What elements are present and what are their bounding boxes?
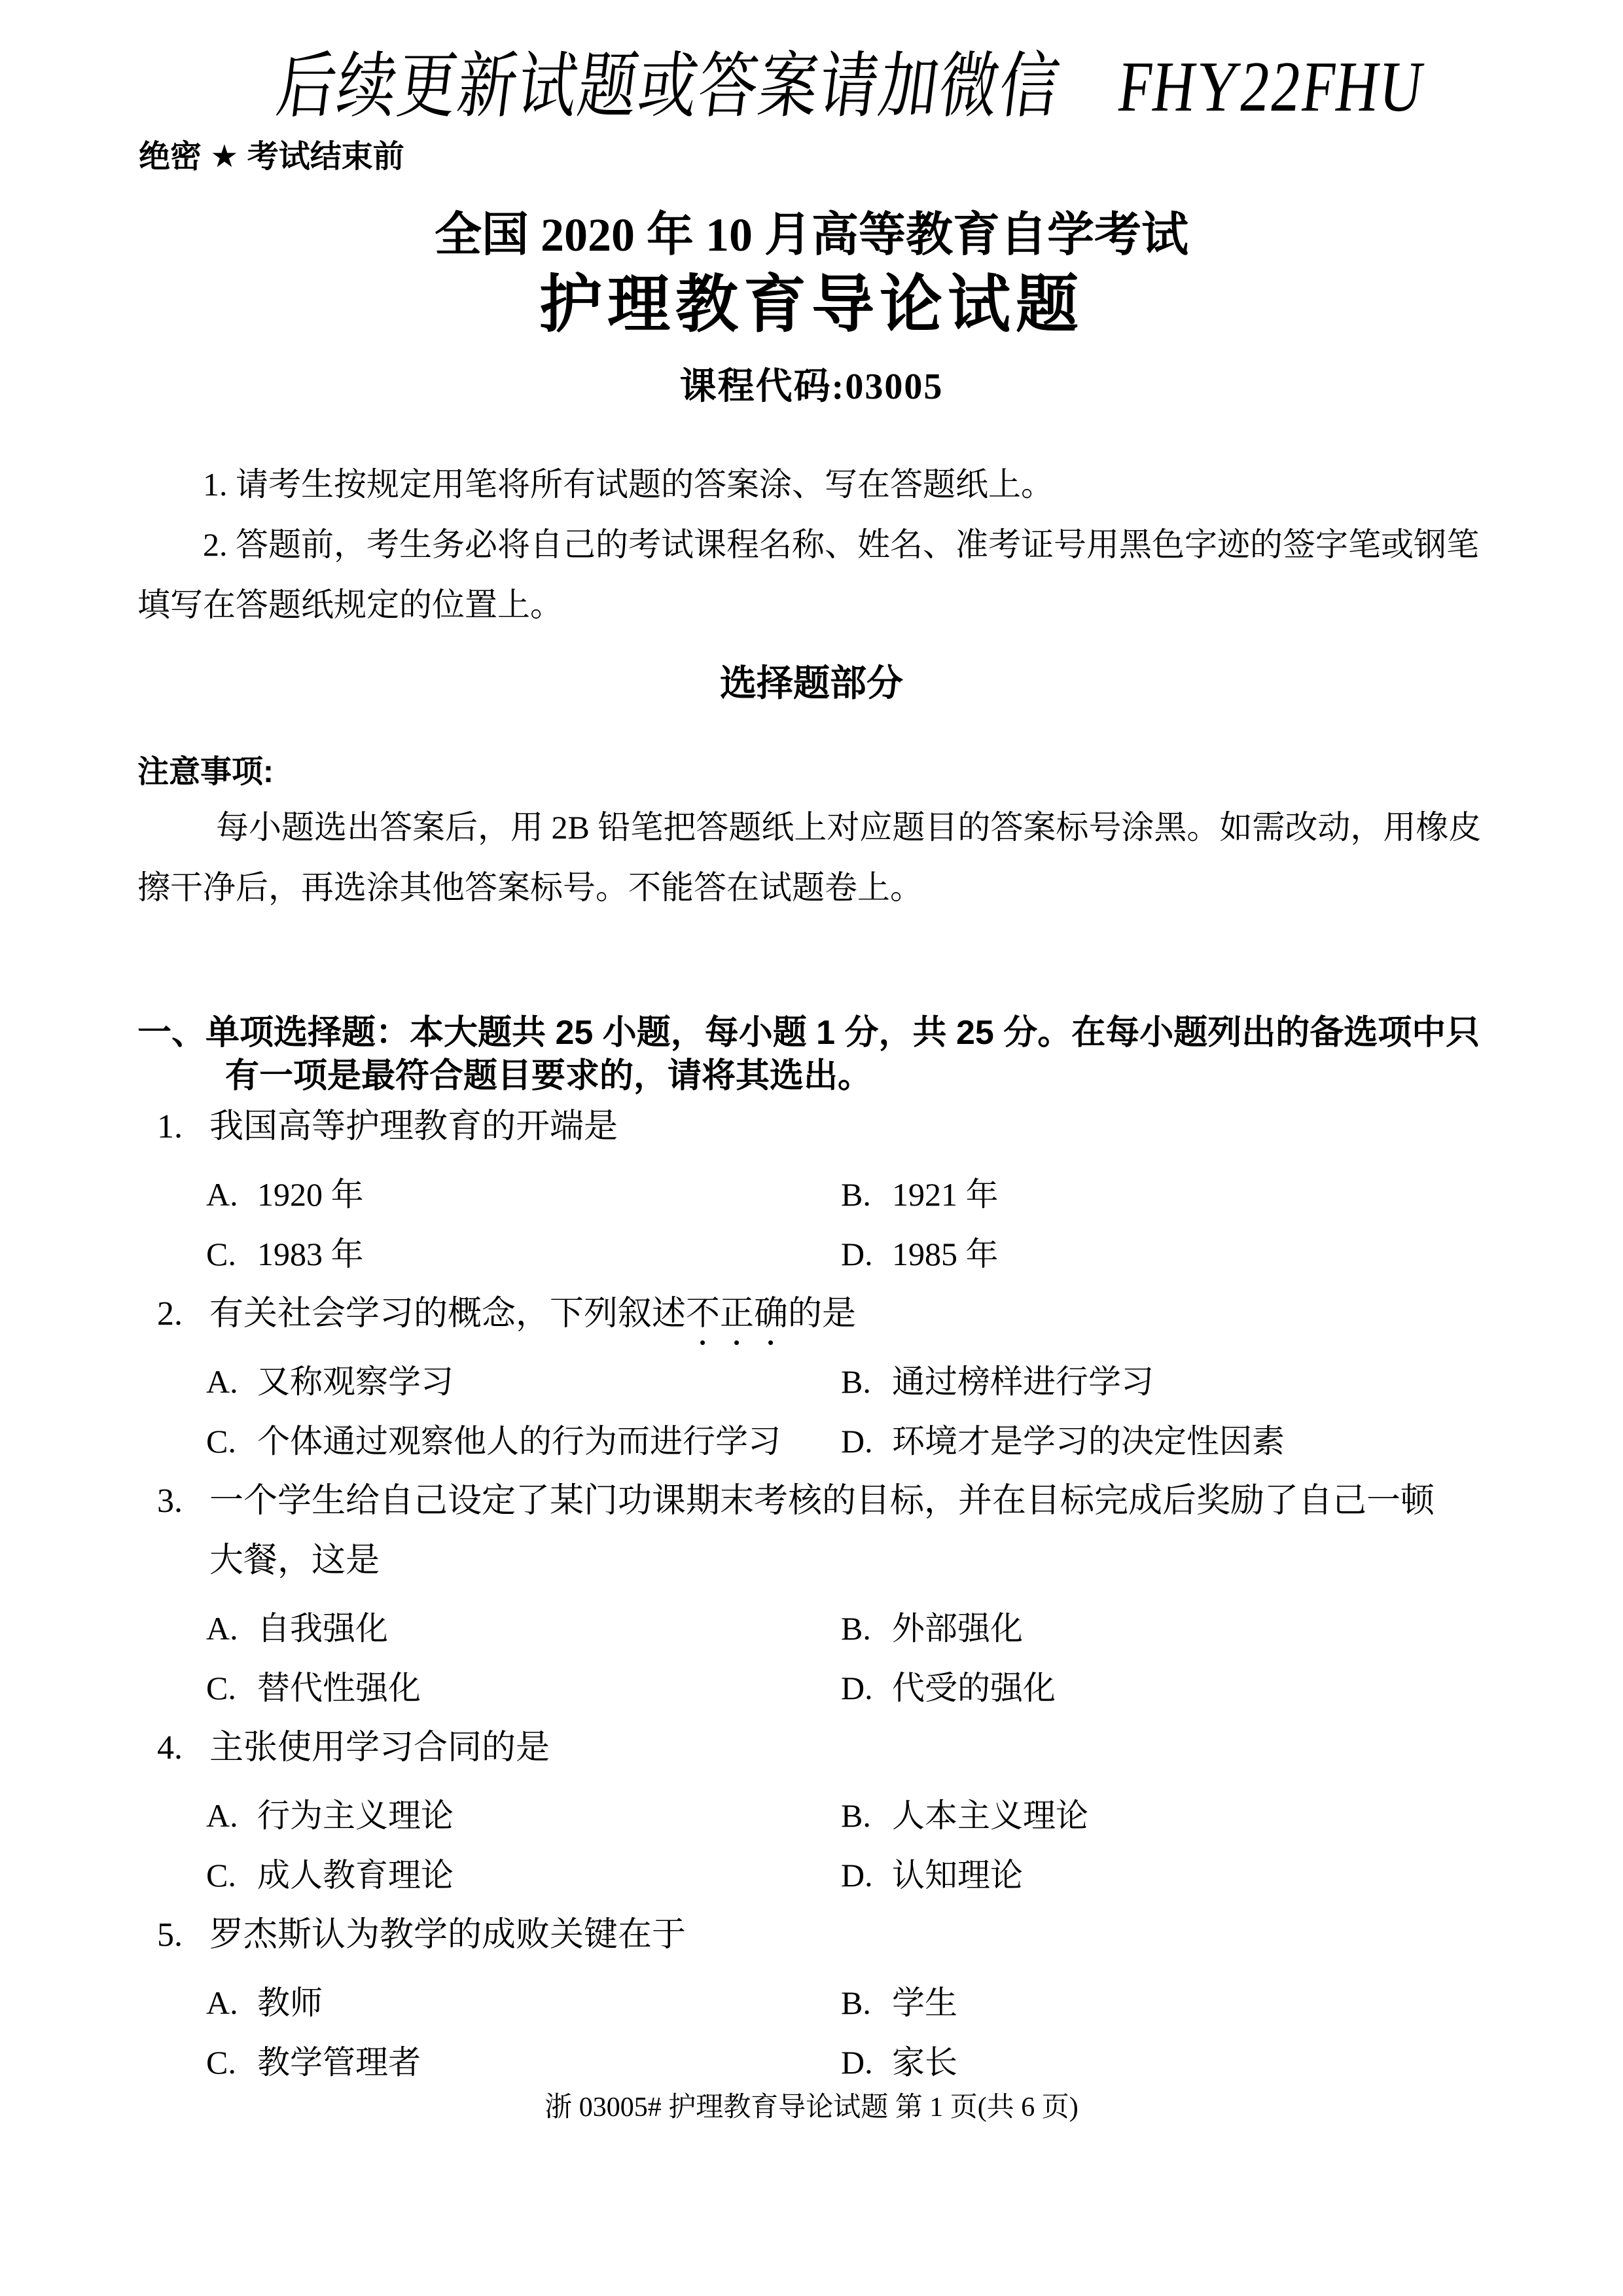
- question-number: 2.: [157, 1284, 209, 1344]
- option-b: B.人本主义理论: [841, 1786, 1453, 1846]
- notice-title: 注意事项:: [137, 746, 274, 791]
- option-text: 成人教育理论: [257, 1857, 454, 1893]
- instruction-item-2: 2. 答题前，考生务必将自己的考试课程名称、姓名、准考证号用黑色字迹的签字笔或钢…: [137, 514, 1505, 635]
- option-label: A.: [206, 1352, 257, 1412]
- option-label: B.: [841, 1165, 892, 1225]
- exam-page: 后续更新试题或答案请加微信FHY22FHU 绝密 ★ 考试结束前 全国 2020…: [0, 0, 1623, 2296]
- question-number: 5.: [157, 1905, 209, 1965]
- option-label: C.: [206, 1659, 257, 1718]
- option-row: C.替代性强化 D.代受的强化: [206, 1659, 1453, 1718]
- option-a: A.1920 年: [206, 1165, 841, 1225]
- option-text: 替代性强化: [257, 1670, 421, 1706]
- question-number: 3.: [157, 1471, 209, 1531]
- option-label: A.: [206, 1165, 257, 1225]
- option-label: D.: [841, 2033, 892, 2092]
- option-c: C.教学管理者: [206, 2033, 841, 2092]
- option-row: A.行为主义理论 B.人本主义理论: [206, 1786, 1453, 1846]
- option-d: D.家长: [841, 2033, 1453, 2092]
- option-text: 自我强化: [257, 1610, 388, 1647]
- option-text: 教师: [257, 1984, 323, 2021]
- question-stem-emphasis: 不正确: [686, 1295, 788, 1333]
- option-c: C.成人教育理论: [206, 1846, 841, 1905]
- option-b: B.1921 年: [841, 1165, 1453, 1225]
- option-label: D.: [841, 1412, 892, 1471]
- option-text: 家长: [892, 2044, 957, 2081]
- question-stem-text: 主张使用学习合同的是: [209, 1729, 550, 1767]
- paper-title: 护理教育导论试题: [0, 267, 1623, 342]
- option-text: 代受的强化: [892, 1670, 1056, 1706]
- option-a: A.行为主义理论: [206, 1786, 841, 1846]
- part1-heading: 一、单项选择题：本大题共 25 小题，每小题 1 分，共 25 分。在每小题列出…: [137, 1011, 1499, 1098]
- question-number: 4.: [157, 1718, 209, 1778]
- option-row: C.1983 年 D.1985 年: [206, 1225, 1453, 1284]
- option-label: D.: [841, 1659, 892, 1718]
- question-block-3: 3.一个学生给自己设定了某门功课期末考核的目标，并在目标完成后奖励了自己一顿大餐…: [157, 1471, 1453, 1718]
- option-label: A.: [206, 1973, 257, 2033]
- question-block-5: 5.罗杰斯认为教学的成败关键在于 A.教师 B.学生 C.教学管理者 D.家长: [157, 1905, 1453, 2092]
- option-label: C.: [206, 1225, 257, 1284]
- instructions: 1. 请考生按规定用笔将所有试题的答案涂、写在答题纸上。 2. 答题前，考生务必…: [137, 454, 1505, 635]
- option-b: B.学生: [841, 1973, 1453, 2033]
- question-block-4: 4.主张使用学习合同的是 A.行为主义理论 B.人本主义理论 C.成人教育理论 …: [157, 1718, 1453, 1905]
- option-c: C.个体通过观察他人的行为而进行学习: [206, 1412, 841, 1471]
- question-stem: 2.有关社会学习的概念，下列叙述不正确的是: [157, 1284, 1453, 1352]
- option-d: D.认知理论: [841, 1846, 1453, 1905]
- option-a: A.教师: [206, 1973, 841, 2033]
- option-label: B.: [841, 1352, 892, 1412]
- option-text: 又称观察学习: [257, 1363, 454, 1400]
- question-stem-text: 罗杰斯认为教学的成败关键在于: [209, 1916, 686, 1954]
- option-row: C.个体通过观察他人的行为而进行学习 D.环境才是学习的决定性因素: [206, 1412, 1453, 1471]
- option-label: B.: [841, 1599, 892, 1659]
- option-c: C.1983 年: [206, 1225, 841, 1284]
- choice-section-heading: 选择题部分: [0, 655, 1623, 707]
- question-stem-text: 一个学生给自己设定了某门功课期末考核的目标，并在目标完成后奖励了自己一顿大餐，这…: [209, 1482, 1435, 1579]
- option-row: A.1920 年 B.1921 年: [206, 1165, 1453, 1225]
- option-text: 行为主义理论: [257, 1797, 454, 1834]
- question-stem-text: 有关社会学习的概念，下列叙述: [209, 1295, 686, 1333]
- option-row: A.教师 B.学生: [206, 1973, 1453, 2033]
- option-label: A.: [206, 1786, 257, 1846]
- option-row: A.自我强化 B.外部强化: [206, 1599, 1453, 1659]
- option-text: 1985 年: [892, 1236, 999, 1272]
- watermark-text: 后续更新试题或答案请加微信: [272, 48, 1065, 127]
- question-stem: 4.主张使用学习合同的是: [157, 1718, 1453, 1786]
- option-text: 通过榜样进行学习: [892, 1363, 1154, 1400]
- option-label: C.: [206, 1846, 257, 1905]
- option-row: A.又称观察学习 B.通过榜样进行学习: [206, 1352, 1453, 1412]
- option-label: C.: [206, 2033, 257, 2092]
- option-text: 1921 年: [892, 1176, 999, 1213]
- option-text: 1983 年: [257, 1236, 364, 1272]
- option-label: D.: [841, 1846, 892, 1905]
- question-stem: 5.罗杰斯认为教学的成败关键在于: [157, 1905, 1453, 1973]
- option-d: D.环境才是学习的决定性因素: [841, 1412, 1453, 1471]
- option-label: D.: [841, 1225, 892, 1284]
- option-label: B.: [841, 1786, 892, 1846]
- option-b: B.通过榜样进行学习: [841, 1352, 1453, 1412]
- option-row: C.成人教育理论 D.认知理论: [206, 1846, 1453, 1905]
- question-stem: 1.我国高等护理教育的开端是: [157, 1097, 1453, 1165]
- question-stem-tail: 的是: [788, 1295, 856, 1333]
- option-a: A.自我强化: [206, 1599, 841, 1659]
- option-text: 外部强化: [892, 1610, 1023, 1647]
- question-block-2: 2.有关社会学习的概念，下列叙述不正确的是 A.又称观察学习 B.通过榜样进行学…: [157, 1284, 1453, 1471]
- option-a: A.又称观察学习: [206, 1352, 841, 1412]
- option-text: 人本主义理论: [892, 1797, 1088, 1834]
- watermark-code: FHY22FHU: [1114, 48, 1429, 127]
- option-row: C.教学管理者 D.家长: [206, 2033, 1453, 2092]
- exam-title: 全国 2020 年 10 月高等教育自学考试: [0, 208, 1623, 262]
- watermark: 后续更新试题或答案请加微信FHY22FHU: [272, 27, 1432, 132]
- option-c: C.替代性强化: [206, 1659, 841, 1718]
- questions-list: 1.我国高等护理教育的开端是 A.1920 年 B.1921 年 C.1983 …: [157, 1097, 1453, 2092]
- option-text: 学生: [892, 1984, 957, 2021]
- notice-body: 每小题选出答案后，用 2B 铅笔把答题纸上对应题目的答案标号涂黑。如需改动，用橡…: [137, 797, 1505, 918]
- security-label: 绝密 ★ 考试结束前: [139, 131, 404, 176]
- option-label: B.: [841, 1973, 892, 2033]
- course-code: 课程代码:03005: [0, 357, 1623, 410]
- question-number: 1.: [157, 1097, 209, 1157]
- question-stem: 3.一个学生给自己设定了某门功课期末考核的目标，并在目标完成后奖励了自己一顿大餐…: [157, 1471, 1453, 1599]
- option-b: B.外部强化: [841, 1599, 1453, 1659]
- option-text: 教学管理者: [257, 2044, 421, 2081]
- option-label: C.: [206, 1412, 257, 1471]
- option-d: D.代受的强化: [841, 1659, 1453, 1718]
- question-block-1: 1.我国高等护理教育的开端是 A.1920 年 B.1921 年 C.1983 …: [157, 1097, 1453, 1284]
- option-text: 1920 年: [257, 1176, 364, 1213]
- page-footer: 浙 03005# 护理教育导论试题 第 1 页(共 6 页): [0, 2085, 1623, 2125]
- option-d: D.1985 年: [841, 1225, 1453, 1284]
- option-label: A.: [206, 1599, 257, 1659]
- option-text: 认知理论: [892, 1857, 1023, 1893]
- option-text: 个体通过观察他人的行为而进行学习: [257, 1423, 781, 1460]
- instruction-item-1: 1. 请考生按规定用笔将所有试题的答案涂、写在答题纸上。: [137, 454, 1505, 514]
- option-text: 环境才是学习的决定性因素: [892, 1423, 1285, 1460]
- question-stem-text: 我国高等护理教育的开端是: [209, 1107, 618, 1145]
